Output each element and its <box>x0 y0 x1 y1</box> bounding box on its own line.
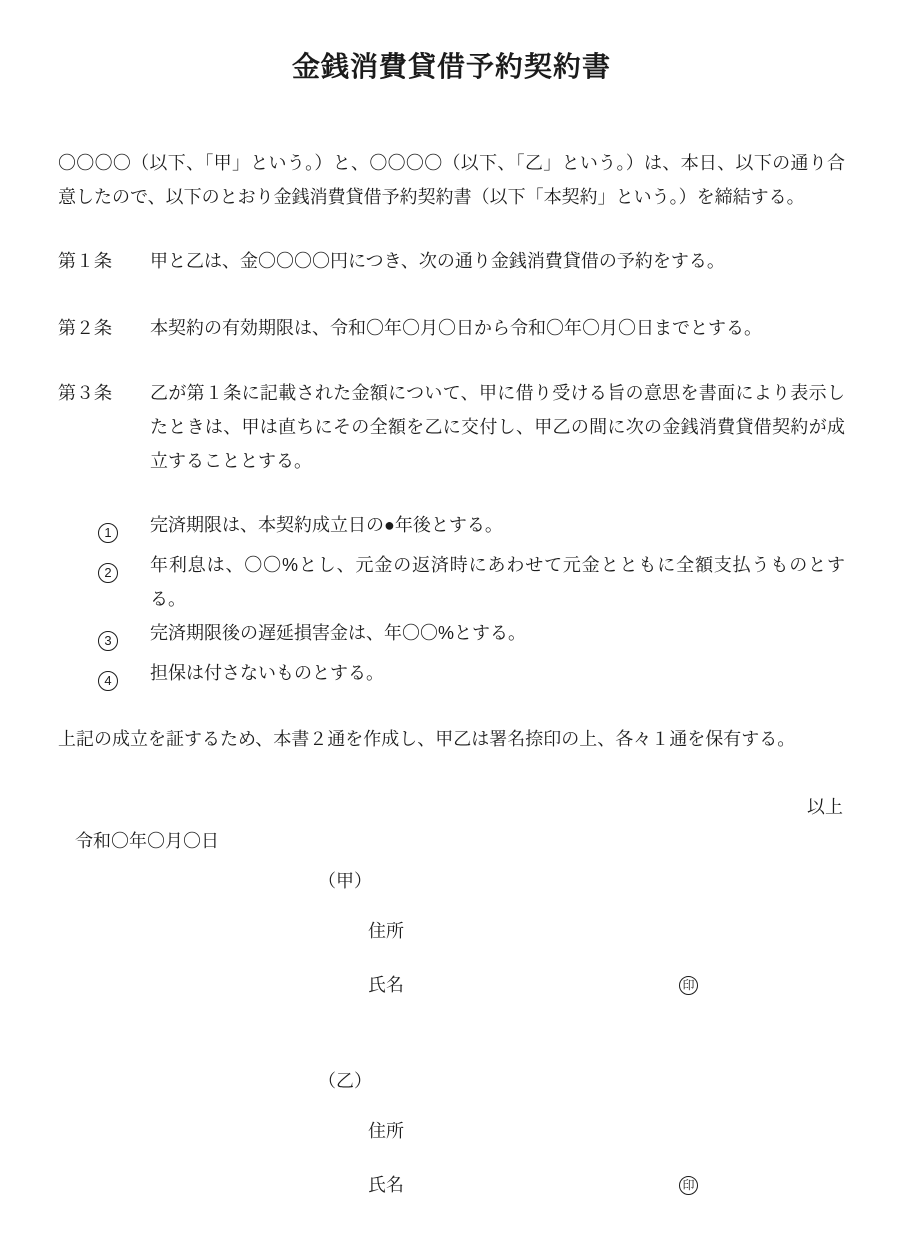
party-otsu-label: （乙） <box>318 1064 845 1098</box>
article-1-body: 甲と乙は、金〇〇〇〇円につき、次の通り金銭消費貸借の予約をする。 <box>150 244 845 278</box>
otsu-name-row: 氏名 印 <box>368 1168 698 1202</box>
circled-number-2-icon: 2 <box>98 563 118 583</box>
party-kou-label: （甲） <box>318 864 845 898</box>
article-1-label: 第１条 <box>58 244 150 278</box>
kou-address-row: 住所 <box>368 914 845 948</box>
article-3-label: 第３条 <box>58 376 150 410</box>
clause-item-4-number: 4 <box>98 656 150 696</box>
clause-item-4: 4 担保は付さないものとする。 <box>98 656 845 696</box>
article-2: 第２条 本契約の有効期限は、令和〇年〇月〇日から令和〇年〇月〇日までとする。 <box>58 311 845 345</box>
contract-document-page: 金銭消費貸借予約契約書 〇〇〇〇（以下、「甲」という。）と、〇〇〇〇（以下、「乙… <box>0 0 900 1244</box>
clause-item-1: 1 完済期限は、本契約成立日の●年後とする。 <box>98 508 845 548</box>
intro-paragraph: 〇〇〇〇（以下、「甲」という。）と、〇〇〇〇（以下、「乙」という。）は、本日、以… <box>58 146 845 214</box>
circled-number-3-icon: 3 <box>98 631 118 651</box>
clause-item-3-body: 完済期限後の遅延損害金は、年〇〇%とする。 <box>150 616 845 650</box>
kou-name-label: 氏名 <box>368 968 404 1002</box>
kou-address-label: 住所 <box>368 921 404 941</box>
date-line: 令和〇年〇月〇日 <box>75 824 845 858</box>
kou-seal-icon: 印 <box>679 976 698 995</box>
clause-item-list: 1 完済期限は、本契約成立日の●年後とする。 2 年利息は、〇〇%とし、元金の返… <box>58 508 845 696</box>
kou-name-row: 氏名 印 <box>368 968 698 1002</box>
otsu-seal-icon: 印 <box>679 1176 698 1195</box>
article-2-label: 第２条 <box>58 311 150 345</box>
otsu-name-label: 氏名 <box>368 1168 404 1202</box>
clause-item-3: 3 完済期限後の遅延損害金は、年〇〇%とする。 <box>98 616 845 656</box>
clause-item-4-body: 担保は付さないものとする。 <box>150 656 845 690</box>
article-3-body: 乙が第１条に記載された金額について、甲に借り受ける旨の意思を書面により表示したと… <box>150 376 845 478</box>
document-title: 金銭消費貸借予約契約書 <box>58 50 845 86</box>
article-1: 第１条 甲と乙は、金〇〇〇〇円につき、次の通り金銭消費貸借の予約をする。 <box>58 244 845 278</box>
clause-item-1-body: 完済期限は、本契約成立日の●年後とする。 <box>150 508 845 542</box>
circled-number-1-icon: 1 <box>98 523 118 543</box>
closing-paragraph: 上記の成立を証するため、本書２通を作成し、甲乙は署名捺印の上、各々１通を保有する… <box>58 722 845 756</box>
otsu-address-row: 住所 <box>368 1114 845 1148</box>
signature-block-kou: （甲） 住所 氏名 印 <box>58 864 845 1002</box>
clause-item-3-number: 3 <box>98 616 150 656</box>
article-2-body: 本契約の有効期限は、令和〇年〇月〇日から令和〇年〇月〇日までとする。 <box>150 311 845 345</box>
clause-item-2: 2 年利息は、〇〇%とし、元金の返済時にあわせて元金とともに全額支払うものとする… <box>98 548 845 616</box>
circled-number-4-icon: 4 <box>98 671 118 691</box>
clause-item-2-body: 年利息は、〇〇%とし、元金の返済時にあわせて元金とともに全額支払うものとする。 <box>150 548 845 616</box>
clause-item-2-number: 2 <box>98 548 150 588</box>
otsu-address-label: 住所 <box>368 1121 404 1141</box>
signature-block-otsu: （乙） 住所 氏名 印 <box>58 1064 845 1202</box>
end-mark: 以上 <box>58 790 845 824</box>
clause-item-1-number: 1 <box>98 508 150 548</box>
article-3: 第３条 乙が第１条に記載された金額について、甲に借り受ける旨の意思を書面により表… <box>58 376 845 478</box>
